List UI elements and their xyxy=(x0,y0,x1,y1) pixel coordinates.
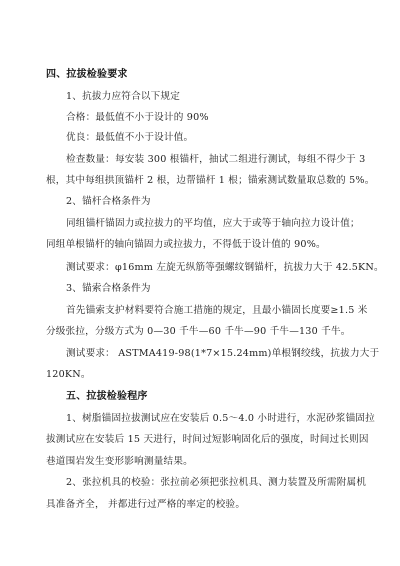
paragraph-line: 2、张拉机具的校验：张拉前必须把张拉机具、测力装置及所需附属机 xyxy=(66,477,356,489)
document-page: 四、拉拔检验要求 1、抗拔力应符合以下规定 合格：最低值不小于设计的 90% 优… xyxy=(0,0,400,566)
paragraph-line: 首先锚索支护材料要符合施工措施的规定，且最小锚固长度要≥1.5 米 xyxy=(66,305,356,317)
paragraph-line: 优良：最低值不小于设计值。 xyxy=(66,132,356,144)
paragraph-line: 分级张拉，分级方式为 0—30 千牛—60 千牛—90 千牛—130 千牛。 xyxy=(46,326,356,338)
paragraph-line: 检查数量：每安装 300 根锚杆，抽试二组进行测试，每组不得少于 3 xyxy=(66,154,356,166)
paragraph-line: 根，其中每组拱顶锚杆 2 根，边帮锚杆 1 根；锚索测试数量取总数的 5%。 xyxy=(46,175,356,187)
paragraph-line: 同组锚杆锚固力或拉拔力的平均值，应大于或等于轴向拉力设计值； xyxy=(66,218,356,230)
paragraph-line: 2、锚杆合格条件为 xyxy=(66,196,356,208)
paragraph-line: 合格：最低值不小于设计的 90% xyxy=(66,112,356,124)
paragraph-line: 同组单根锚杆的轴向锚固力或拉拔力，不得低于设计值的 90%。 xyxy=(46,239,356,251)
paragraph-line: 测试要求：φ16mm 左旋无纵筋等强螺纹钢锚杆，抗拔力大于 42.5KN。 xyxy=(66,262,356,274)
paragraph-line: 1、树脂锚固拉拔测试应在安装后 0.5～4.0 小时进行，水泥砂浆锚固拉 xyxy=(66,413,356,425)
paragraph-line: 1、抗拔力应符合以下规定 xyxy=(66,91,356,103)
paragraph-line: 具准备齐全， 并都进行过严格的率定的校验。 xyxy=(46,499,356,511)
paragraph-line: 测试要求： ASTMA419-98(1*7×15.24mm)单根钢绞线，抗拔力大… xyxy=(66,348,356,360)
section-heading-inspection-requirements: 四、拉拔检验要求 xyxy=(46,69,356,81)
paragraph-line: 120KN。 xyxy=(46,369,356,381)
section-heading-inspection-procedure: 五、拉拔检验程序 xyxy=(66,391,356,403)
paragraph-line: 拔测试应在安装后 15 天进行，时间过短影响固化后的强度，时间过长则因 xyxy=(46,434,356,446)
paragraph-line: 巷道围岩发生变形影响测量结果。 xyxy=(46,456,356,468)
paragraph-line: 3、锚索合格条件为 xyxy=(66,283,356,295)
